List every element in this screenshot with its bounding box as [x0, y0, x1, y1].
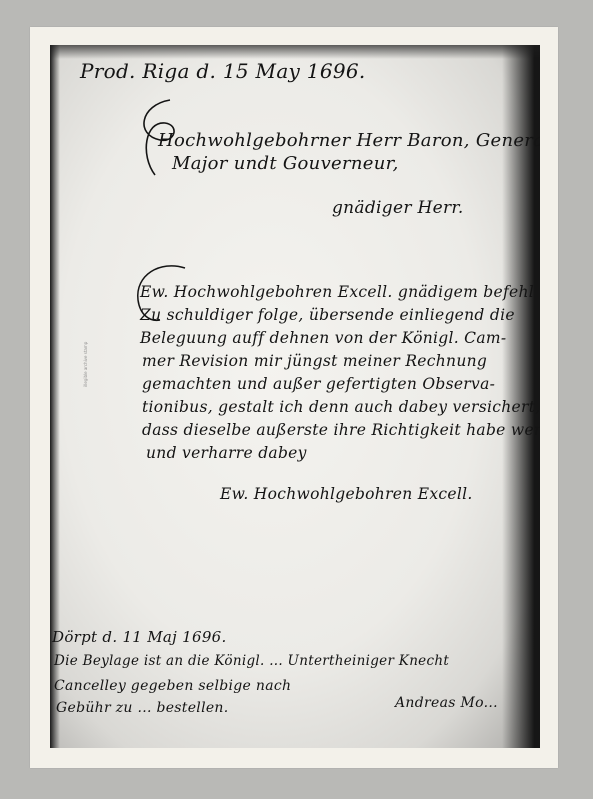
letter-photograph: Prod. Riga d. 15 May 1696. Hochwohlgeboh…	[50, 45, 540, 748]
body-line-8: und verharre dabey	[146, 444, 307, 462]
address-line: gnädiger Herr.	[332, 198, 464, 218]
footer-line-3: Cancelley gegeben selbige nach	[54, 678, 291, 694]
archive-stamp: illegible archive stamp	[83, 327, 105, 387]
footer-line-1: Dörpt d. 11 Maj 1696.	[52, 628, 227, 646]
footer-line-4: Gebühr zu ... bestellen.	[56, 700, 229, 716]
top-edge-shadow	[50, 45, 540, 59]
body-line-1: Ew. Hochwohlgebohren Excell. gnädigem be…	[140, 283, 534, 301]
body-line-5: gemachten und außer gefertigten Observa-	[142, 375, 495, 393]
body-line-2: Zu schuldiger folge, übersende einliegen…	[140, 306, 515, 324]
signature: Andreas Mo...	[395, 695, 498, 711]
body-line-7: dass dieselbe außerste ihre Richtigkeit …	[142, 421, 540, 439]
salutation-line-1: Hochwohlgebohrner Herr Baron, General	[158, 130, 540, 151]
body-line-4: mer Revision mir jüngst meiner Rechnung	[142, 352, 487, 370]
closing-line: Ew. Hochwohlgebohren Excell.	[220, 485, 473, 503]
dateline: Prod. Riga d. 15 May 1696.	[80, 59, 366, 83]
body-line-3: Beleguung auff dehnen von der Königl. Ca…	[140, 329, 506, 347]
photo-mount-paper: Prod. Riga d. 15 May 1696. Hochwohlgeboh…	[30, 27, 558, 768]
footer-line-2: Die Beylage ist an die Königl. ... Unter…	[54, 653, 449, 669]
salutation-line-2: Major undt Gouverneur,	[172, 153, 399, 174]
body-line-6: tionibus, gestalt ich denn auch dabey ve…	[142, 398, 540, 416]
